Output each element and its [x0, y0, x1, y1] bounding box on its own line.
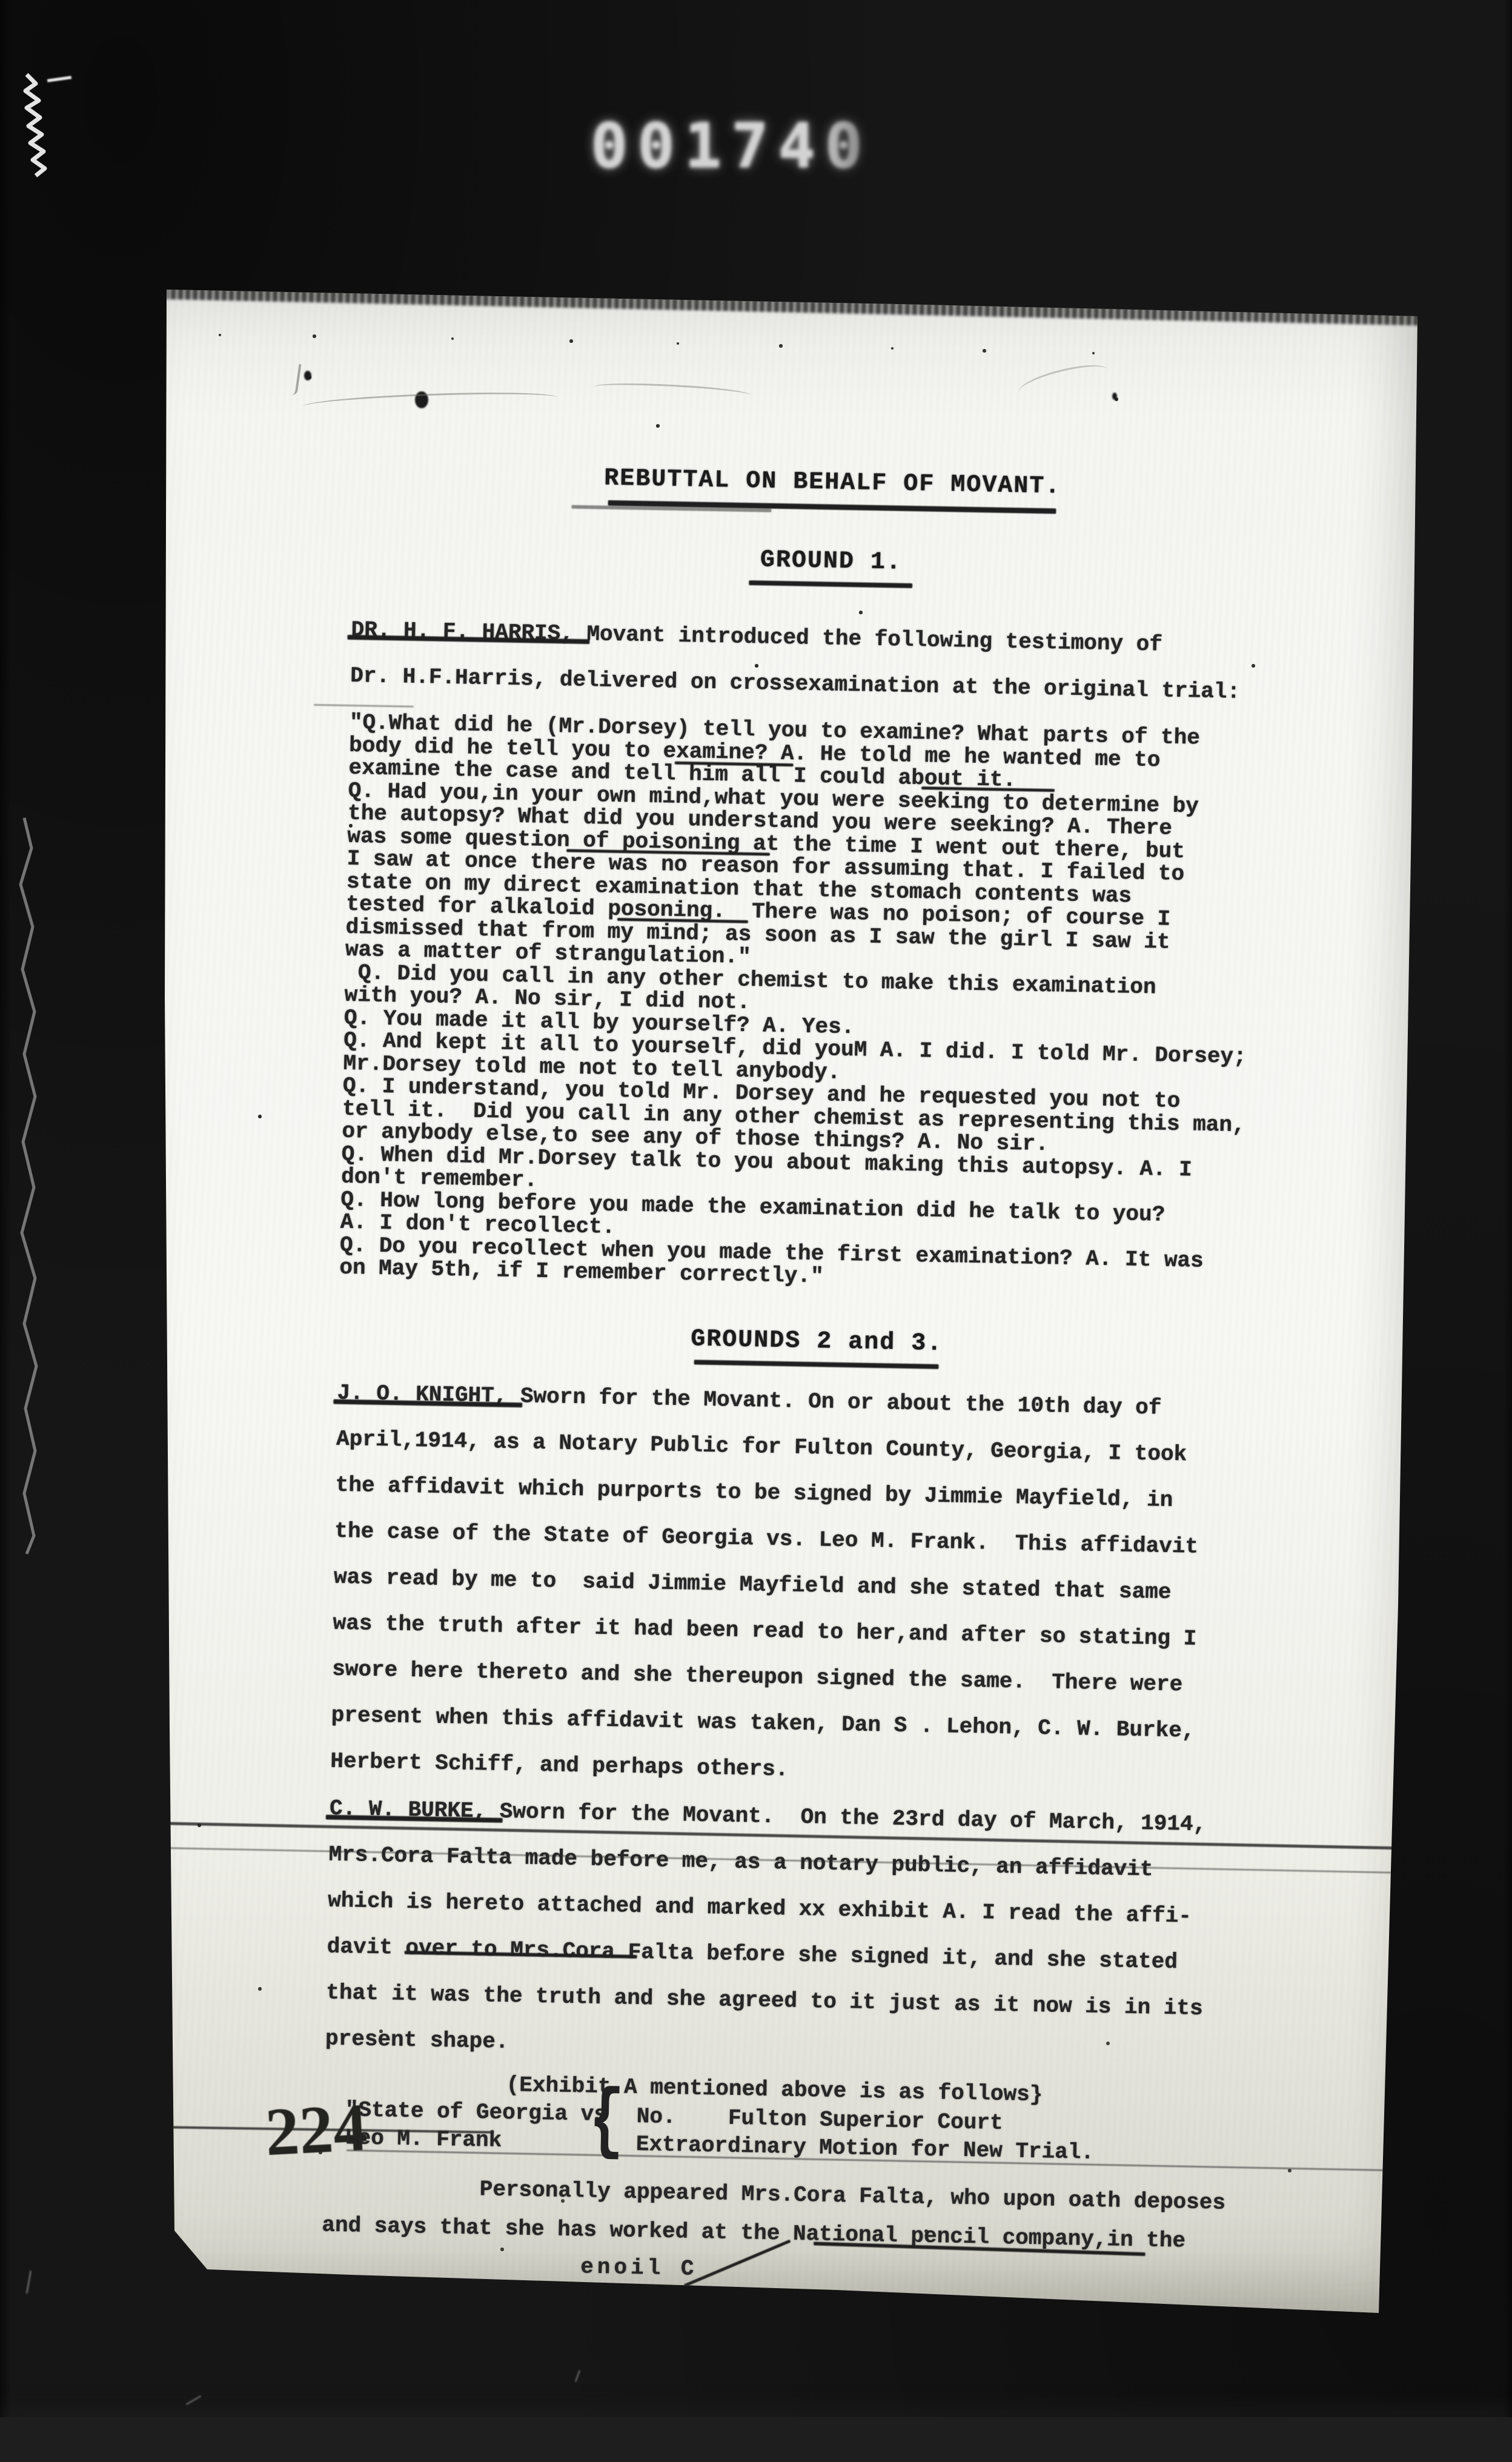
case-caption-right: Extraordinary Motion for New Trial.: [636, 2132, 1095, 2165]
typed-text-column: REBUTTAL ON BEHALF OF MOVANT. GROUND 1. …: [320, 454, 1311, 2325]
qa-testimony-block: "Q.What did he (Mr.Dorsey) tell you to e…: [339, 711, 1307, 1296]
film-bottom-band: [0, 2417, 1512, 2462]
heading-underline-stroke: [749, 580, 912, 588]
grounds23-heading: GROUNDS 2 and 3.: [338, 1319, 1296, 1364]
page-corner-fold: [167, 2222, 211, 2273]
page-edge-fringe: [167, 287, 1421, 325]
stamp-fade: [812, 103, 921, 200]
ink-blob: [304, 371, 311, 380]
case-caption-left: Leo M. Frank: [345, 2125, 502, 2153]
pencil-scrawl: [594, 380, 752, 402]
case-caption-right: No. Fulton Superior Court: [636, 2104, 1003, 2135]
heading-underline-stroke: [694, 1360, 939, 1369]
knight-paragraph: J. O. KNIGHT, Sworn for the Movant. On o…: [330, 1370, 1295, 1802]
pencil-scrawl: [1016, 359, 1110, 402]
caption-brace: {: [588, 2077, 625, 2167]
case-caption-left: "State of Georgia vs: [345, 2097, 608, 2127]
document-page: 224 REBUTTAL ON BEHALF OF MOVANT. GROUND…: [109, 273, 1424, 2326]
film-scratch: [7, 812, 44, 1557]
microfilm-frame: 001740 224 REBUTTAL ON BEHALF OF M: [0, 0, 1512, 2462]
film-scratch: [186, 2395, 202, 2406]
ground1-heading: GROUND 1.: [353, 539, 1310, 584]
page-title: REBUTTAL ON BEHALF OF MOVANT.: [354, 460, 1311, 505]
film-scratch: [575, 2370, 581, 2382]
affidavit-body: Personally appeared Mrs.Cora Falta, who …: [322, 2168, 1280, 2263]
film-scratch: [26, 2271, 32, 2294]
ground1-intro: DR. H. F. HARRIS, Movant introduced the …: [350, 607, 1309, 717]
film-grain-specks: [109, 273, 110, 274]
cutoff-text-fragment: enoil C: [580, 2254, 698, 2281]
pencil-scrawl: [286, 363, 301, 396]
pencil-scrawl: [303, 390, 558, 415]
ink-blob: [1112, 393, 1117, 400]
film-scratch: [8, 71, 51, 178]
burke-paragraph: C. W. BURKE, Sworn for the Movant. On th…: [325, 1786, 1287, 2080]
